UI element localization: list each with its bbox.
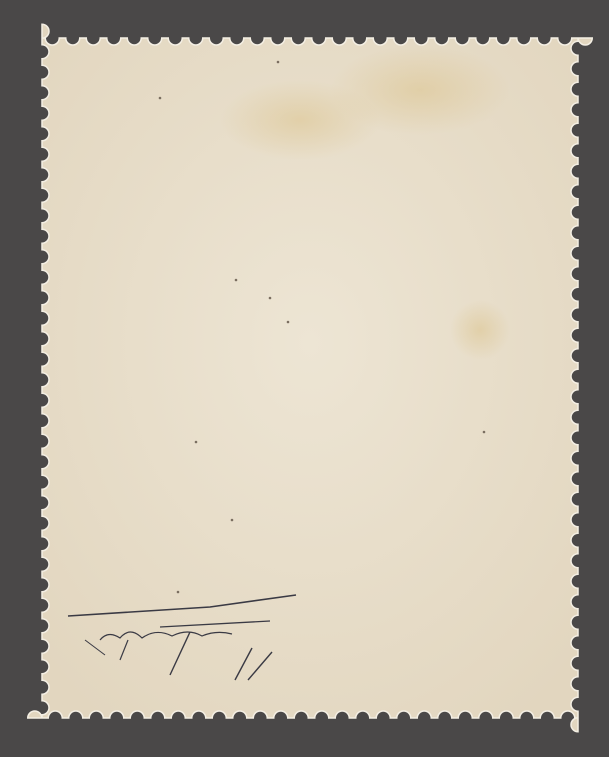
stamp-back-photo bbox=[0, 0, 609, 757]
stamp bbox=[28, 24, 593, 732]
